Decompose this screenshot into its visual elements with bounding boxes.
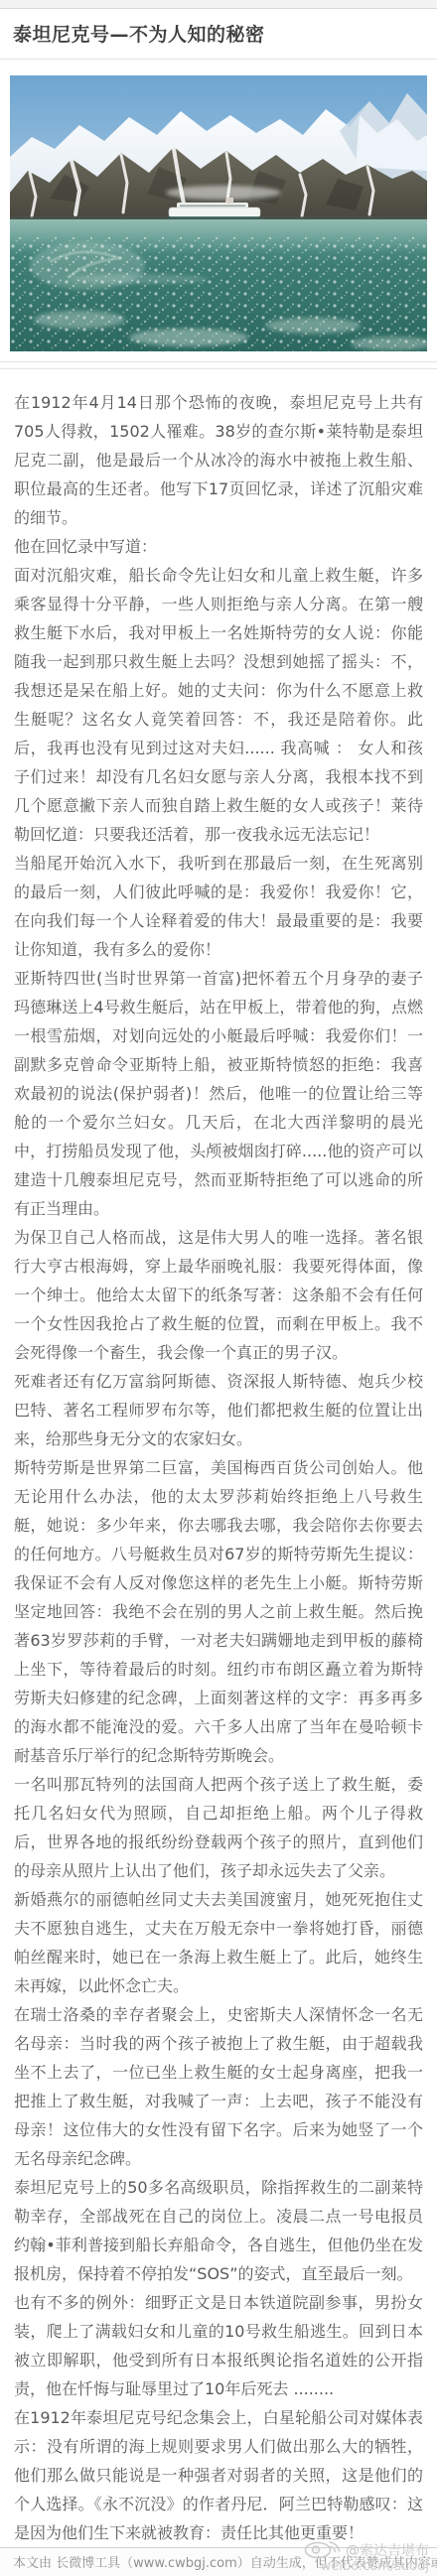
title-bar: 泰坦尼克号—不为人知的秘密 xyxy=(0,9,437,60)
paragraph: 当船尾开始沉入水下，我听到在那最后一刻，在生死离别的最后一刻，人们彼此呼喊的是：… xyxy=(14,849,423,964)
hero-image-section xyxy=(0,60,437,362)
paragraph: 亚斯特四世(当时世界第一首富)把怀着五个月身孕的妻子玛德琳送上4号救生艇后，站在… xyxy=(14,964,423,1223)
paragraph: 在瑞士洛桑的幸存者聚会上，史密斯夫人深情怀念一名无名母亲：当时我的两个孩子被抱上… xyxy=(14,2000,423,2173)
paragraph: 在1912年泰坦尼克号纪念集会上，白星轮船公司对媒体表示：没有所谓的海上规则要求… xyxy=(14,2403,423,2547)
paragraph: 在1912年4月14日那个恐怖的夜晚，泰坦尼克号上共有705人得救，1502人罹… xyxy=(14,388,423,532)
section-gap xyxy=(0,362,437,369)
paragraph: 新婚燕尔的丽德帕丝同丈夫去美国渡蜜月，她死死抱住丈夫不愿独自逃生，丈夫在万般无奈… xyxy=(14,1885,423,2000)
paragraph: 面对沉船灾难，船长命令先让妇女和儿童上救生艇，许多乘客显得十分平静，一些人则拒绝… xyxy=(14,561,423,849)
paragraph: 死难者还有亿万富翁阿斯德、资深报人斯特德、炮兵少校巴特、著名工程师罗布尔等，他们… xyxy=(14,1367,423,1453)
paragraph: 一名叫那瓦特列的法国商人把两个孩子送上了救生艇，委托几名妇女代为照顾，自己却拒绝… xyxy=(14,1770,423,1885)
paragraph: 斯特劳斯是世界第二巨富，美国梅西百货公司创始人。他无论用什么办法，他的太太罗莎莉… xyxy=(14,1453,423,1770)
paragraph: 为保卫自己人格而战，这是伟大男人的唯一选择。著名银行大亨古根海姆，穿上最华丽晚礼… xyxy=(14,1223,423,1367)
page-title: 泰坦尼克号—不为人知的秘密 xyxy=(13,20,424,47)
generator-note: 本文由 长微博工具（www.cwbgj.com）自动生成，但不代表赞成其内容或立… xyxy=(13,2552,437,2571)
article-body: 在1912年4月14日那个恐怖的夜晚，泰坦尼克号上共有705人得救，1502人罹… xyxy=(0,369,437,2547)
paragraph: 也有不多的例外：细野正文是日本铁道院副参事，男扮女装，爬上了满载妇女和儿童的10… xyxy=(14,2288,423,2403)
top-strip xyxy=(0,0,437,9)
footer-bar: 本文由 长微博工具（www.cwbgj.com）自动生成，但不代表赞成其内容或立… xyxy=(0,2547,437,2576)
paragraph: 泰坦尼克号上的50多名高级职员，除指挥救生的二副莱特勒幸存，全部战死在自己的岗位… xyxy=(14,2173,423,2288)
hero-image xyxy=(10,75,427,351)
long-weibo-page: { "header": { "title": "泰坦尼克号—不为人知的秘密" }… xyxy=(0,0,437,2576)
paragraph: 他在回忆录中写道： xyxy=(14,532,423,561)
